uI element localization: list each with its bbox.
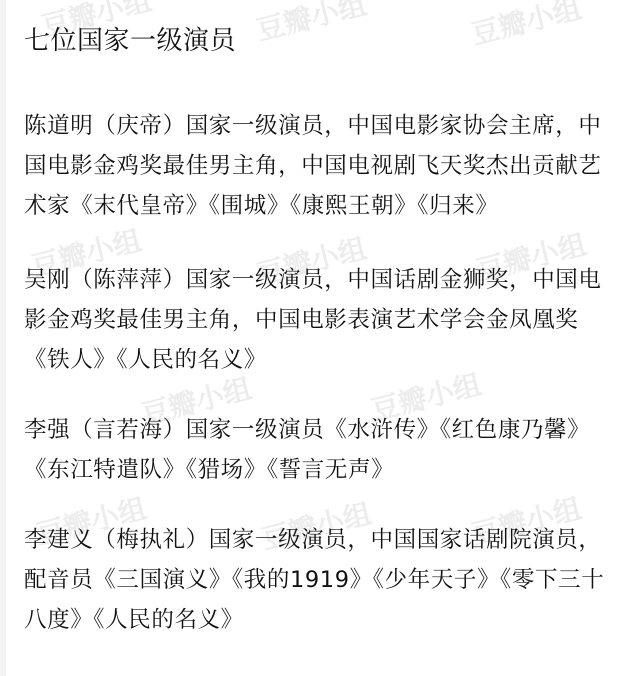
actor-entry-li-jianyi: 李建义（梅执礼）国家一级演员，中国国家话剧院演员，配音员《三国演义》《我的191… bbox=[24, 520, 614, 640]
actor-entry-chen-daoming: 陈道明（庆帝）国家一级演员，中国电影家协会主席，中国电影金鸡奖最佳男主角，中国电… bbox=[24, 106, 614, 226]
document-title: 七位国家一级演员 bbox=[24, 18, 614, 64]
document-body: 七位国家一级演员 陈道明（庆帝）国家一级演员，中国电影家协会主席，中国电影金鸡奖… bbox=[0, 0, 614, 640]
actor-entry-li-qiang: 李强（言若海）国家一级演员《水浒传》《红色康乃馨》《东江特遣队》《猎场》《誓言无… bbox=[24, 410, 614, 490]
actor-entry-wu-gang: 吴刚（陈萍萍）国家一级演员，中国话剧金狮奖，中国电影金鸡奖最佳男主角，中国电影表… bbox=[24, 260, 614, 380]
